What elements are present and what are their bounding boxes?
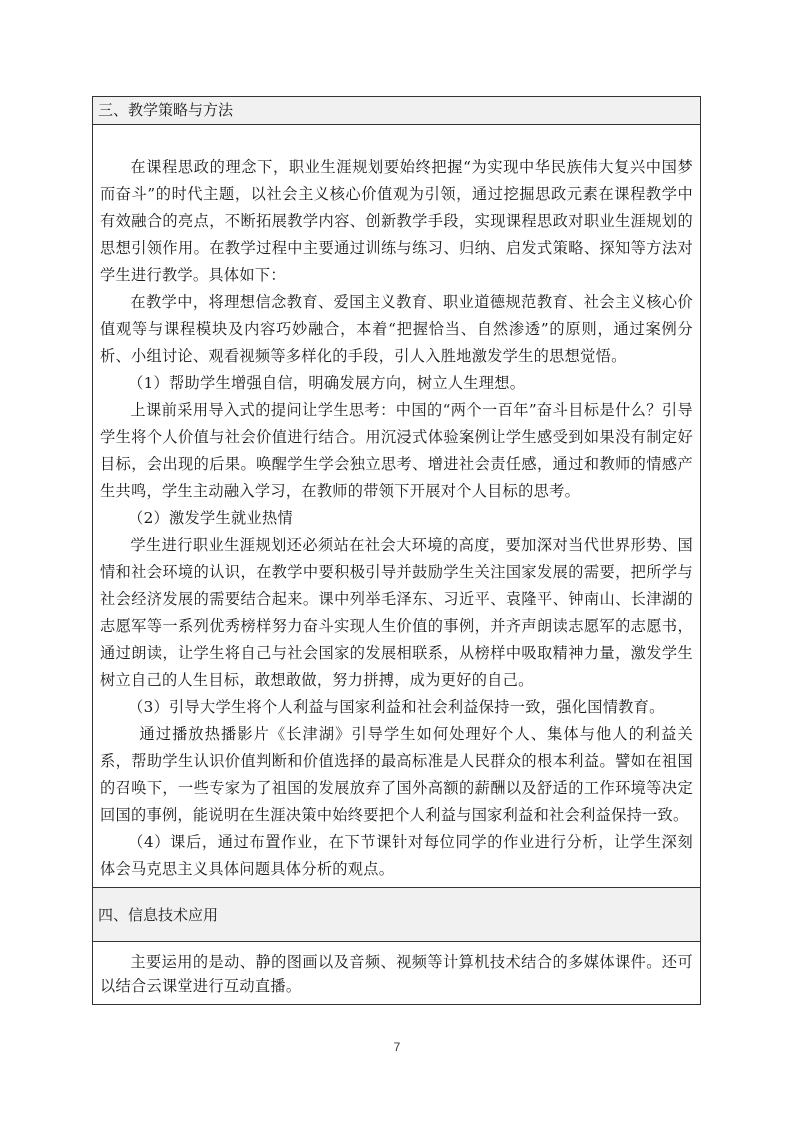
paragraph: 通过播放热播影片《长津湖》引导学生如何处理好个人、集体与他人的利益关系，帮助学生… xyxy=(100,721,693,829)
paragraph: 上课前采用导入式的提问让学生思考：中国的“两个一百年”奋斗目标是什么？引导学生将… xyxy=(100,397,693,505)
paragraph: 在教学中，将理想信念教育、爱国主义教育、职业道德规范教育、社会主义核心价值观等与… xyxy=(100,289,693,370)
section4-header-row: 四、信息技术应用 xyxy=(93,888,701,942)
subheading: （1）帮助学生增强自信，明确发展方向，树立人生理想。 xyxy=(100,370,693,397)
page-number: 7 xyxy=(0,1040,794,1054)
paragraph: 主要运用的是动、静的图画以及音频、视频等计算机技术结合的多媒体课件。还可以结合云… xyxy=(100,950,693,998)
paragraph: 学生进行职业生涯规划还必须站在社会大环境的高度，要加深对当代世界形势、国情和社会… xyxy=(100,532,693,694)
section3-content: 在课程思政的理念下，职业生涯规划要始终把握“为实现中华民族伟大复兴中国梦而奋斗”… xyxy=(93,125,701,888)
paragraph: 在课程思政的理念下，职业生涯规划要始终把握“为实现中华民族伟大复兴中国梦而奋斗”… xyxy=(100,154,693,289)
lesson-plan-table: 三、教学策略与方法 在课程思政的理念下，职业生涯规划要始终把握“为实现中华民族伟… xyxy=(92,96,701,1005)
subheading: （3）引导大学生将个人利益与国家利益和社会利益保持一致，强化国情教育。 xyxy=(100,694,693,721)
section4-content: 主要运用的是动、静的图画以及音频、视频等计算机技术结合的多媒体课件。还可以结合云… xyxy=(93,942,701,1005)
section4-header: 四、信息技术应用 xyxy=(93,888,701,942)
subheading: （2）激发学生就业热情 xyxy=(100,505,693,532)
section3-title: 三、教学策略与方法 xyxy=(98,97,700,118)
section3-header: 三、教学策略与方法 xyxy=(93,97,701,125)
section3-header-row: 三、教学策略与方法 xyxy=(93,97,701,125)
section4-title: 四、信息技术应用 xyxy=(98,888,700,923)
section4-content-row: 主要运用的是动、静的图画以及音频、视频等计算机技术结合的多媒体课件。还可以结合云… xyxy=(93,942,701,1005)
section3-content-row: 在课程思政的理念下，职业生涯规划要始终把握“为实现中华民族伟大复兴中国梦而奋斗”… xyxy=(93,125,701,888)
paragraph: （4）课后，通过布置作业，在下节课针对每位同学的作业进行分析，让学生深刻体会马克… xyxy=(100,829,693,883)
